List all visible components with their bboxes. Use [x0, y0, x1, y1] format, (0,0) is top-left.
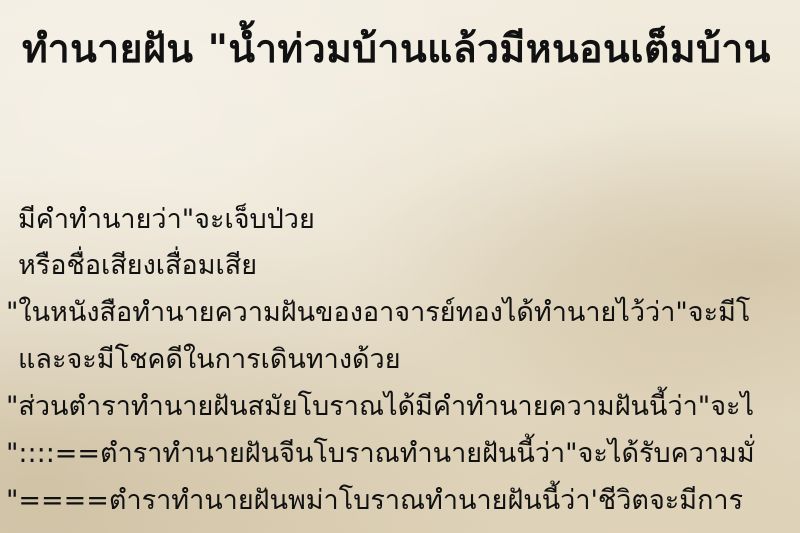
- prediction-line-3: "ในหนังสือทำนายความฝันของอาจารย์ทองได้ทำ…: [6, 290, 750, 333]
- page-title: ทำนายฝัน "น้ำท่วมบ้านแล้วมีหนอนเต็มบ้าน: [22, 18, 771, 80]
- prediction-line-7: "====ตำราทำนายฝันพม่าโบราณทำนายฝันนี้ว่า…: [6, 478, 743, 521]
- prediction-line-2: หรือชื่อเสียงเสื่อมเสีย: [18, 243, 257, 286]
- prediction-line-1: มีคำทำนายว่า"จะเจ็บป่วย: [18, 197, 315, 240]
- prediction-line-4: และจะมีโชคดีในการเดินทางด้วย: [18, 337, 401, 380]
- prediction-line-6: "::::==ตำราทำนายฝันจีนโบราณทำนายฝันนี้ว่…: [6, 431, 755, 474]
- prediction-line-5: "ส่วนตำราทำนายฝันสมัยโบราณได้มีคำทำนายคว…: [6, 384, 754, 427]
